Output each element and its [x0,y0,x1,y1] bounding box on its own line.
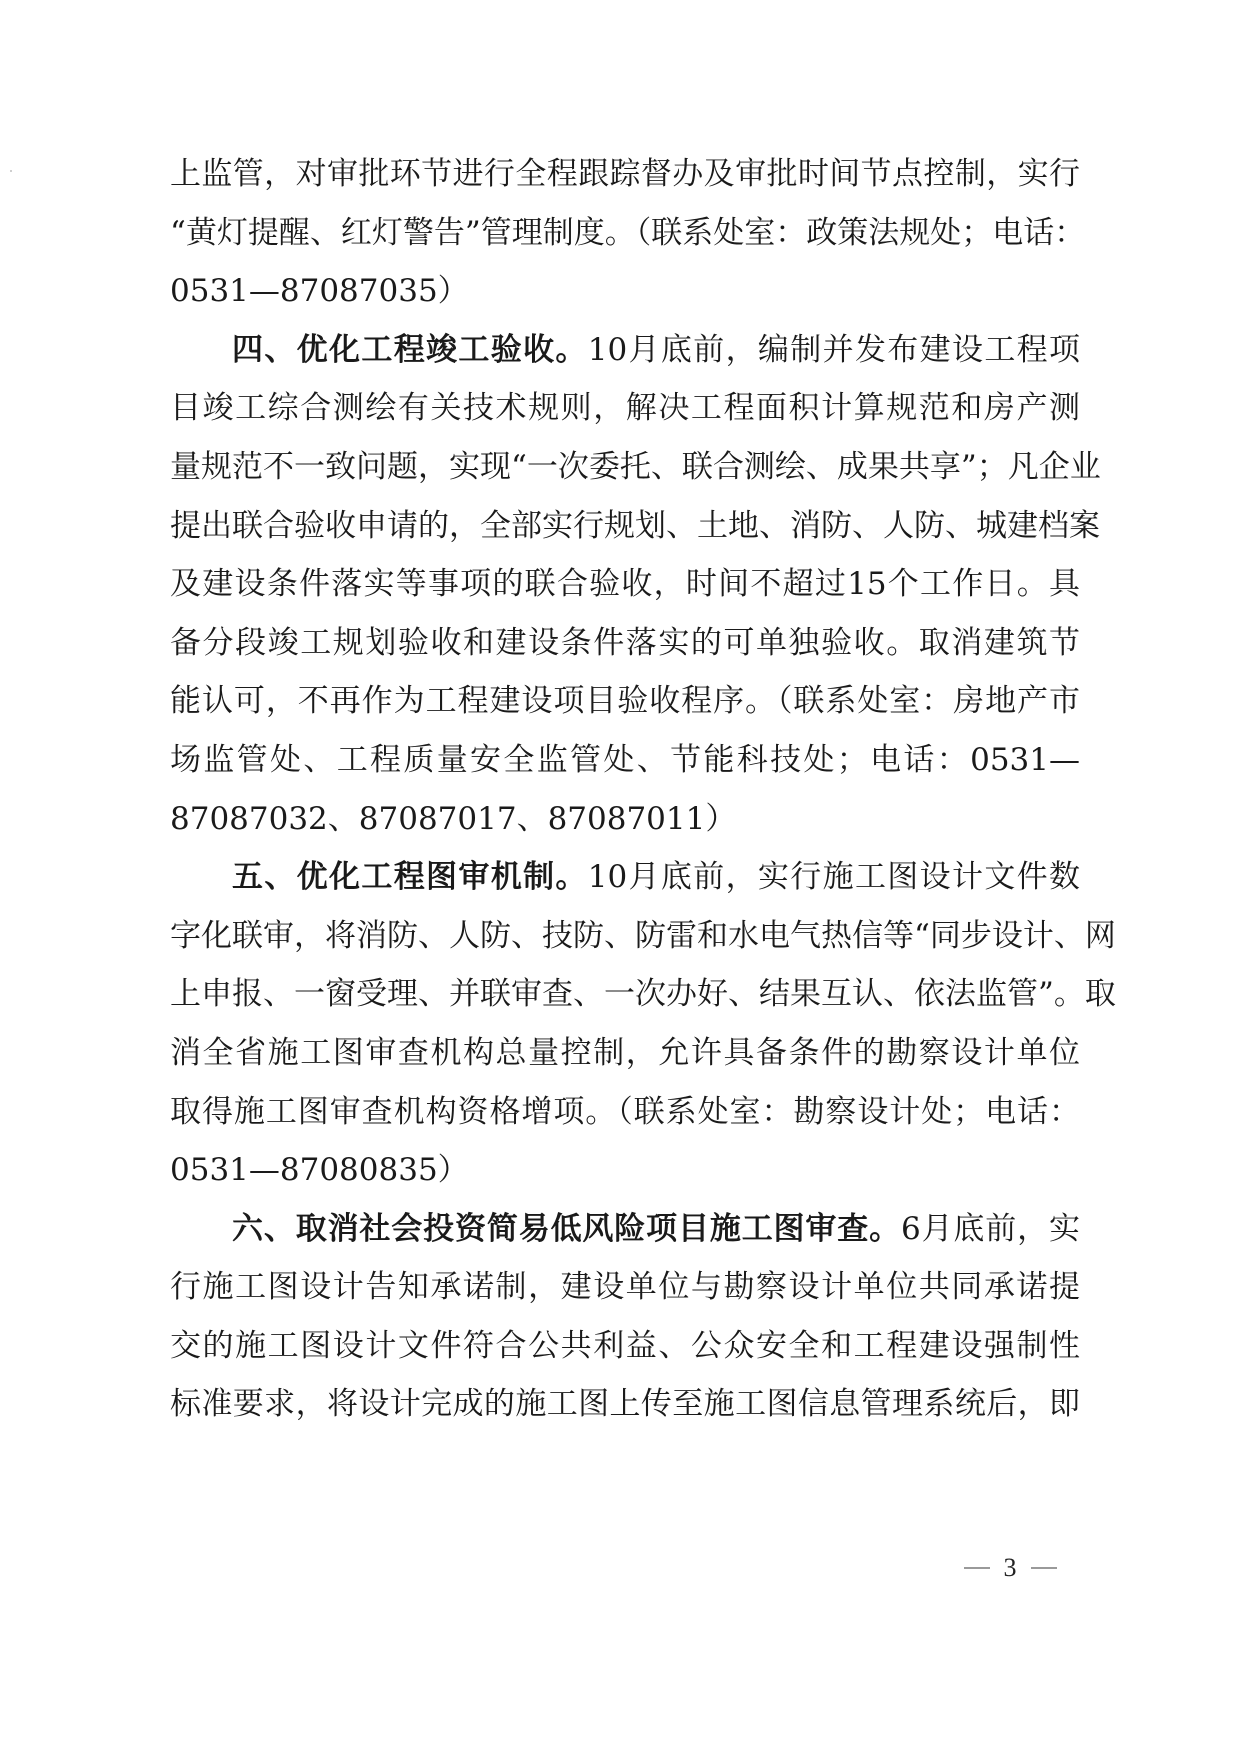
section-heading-line-4: 四、优化工程竣工验收。10月底前，编制并发布建设工程项 [170,321,1080,380]
text-line: 0531—87087035） [170,262,1080,321]
text-line: 场监管处、工程质量安全监管处、节能科技处；电话：0531— [170,731,1080,790]
text-line: “黄灯提醒、红灯警告”管理制度。（联系处室：政策法规处；电话： [170,204,1080,263]
page-number-footer: 3 [940,1548,1080,1588]
page-number: 3 [1004,1553,1017,1583]
dash-left [964,1567,990,1569]
text-line: 提出联合验收申请的，全部实行规划、土地、消防、人防、城建档案 [170,497,1080,556]
text-line: 备分段竣工规划验收和建设条件落实的可单独验收。取消建筑节 [170,614,1080,673]
section-heading: 六、取消社会投资简易低风险项目施工图审查。 [232,1211,901,1247]
text-line: 标准要求，将设计完成的施工图上传至施工图信息管理系统后，即 [170,1375,1080,1434]
text-line: 行施工图设计告知承诺制，建设单位与勘察设计单位共同承诺提 [170,1258,1080,1317]
text-line: 及建设条件落实等事项的联合验收，时间不超过15个工作日。具 [170,555,1080,614]
text-line: 量规范不一致问题，实现“一次委托、联合测绘、成果共享”；凡企业 [170,438,1080,497]
text-line: 能认可，不再作为工程建设项目验收程序。（联系处室：房地产市 [170,672,1080,731]
text-line: 取得施工图审查机构资格增项。（联系处室：勘察设计处；电话： [170,1083,1080,1142]
section-heading-line-6: 六、取消社会投资简易低风险项目施工图审查。6月底前，实 [170,1200,1080,1259]
text-line: 上监管，对审批环节进行全程跟踪督办及审批时间节点控制，实行 [170,145,1080,204]
text-line: 交的施工图设计文件符合公共利益、公众安全和工程建设强制性 [170,1317,1080,1376]
text-line: 上申报、一窗受理、并联审查、一次办好、结果互认、依法监管”。取 [170,965,1080,1024]
text-line: 目竣工综合测绘有关技术规则，解决工程面积计算规范和房产测 [170,379,1080,438]
document-body: 上监管，对审批环节进行全程跟踪督办及审批时间节点控制，实行 “黄灯提醒、红灯警告… [170,145,1080,1434]
section-heading-line-5: 五、优化工程图审机制。10月底前，实行施工图设计文件数 [170,848,1080,907]
text-line: 字化联审，将消防、人防、技防、防雷和水电气热信等“同步设计、网 [170,907,1080,966]
text-line: 消全省施工图审查机构总量控制，允许具备条件的勘察设计单位 [170,1024,1080,1083]
section-heading: 五、优化工程图审机制。 [232,859,588,895]
dash-right [1031,1567,1057,1569]
document-page: 上监管，对审批环节进行全程跟踪督办及审批时间节点控制，实行 “黄灯提醒、红灯警告… [0,0,1241,1754]
scan-artifact [10,170,12,172]
text-line: 87087032、87087017、87087011） [170,790,1080,849]
text-line: 0531—87080835） [170,1141,1080,1200]
section-heading: 四、优化工程竣工验收。 [232,332,588,368]
